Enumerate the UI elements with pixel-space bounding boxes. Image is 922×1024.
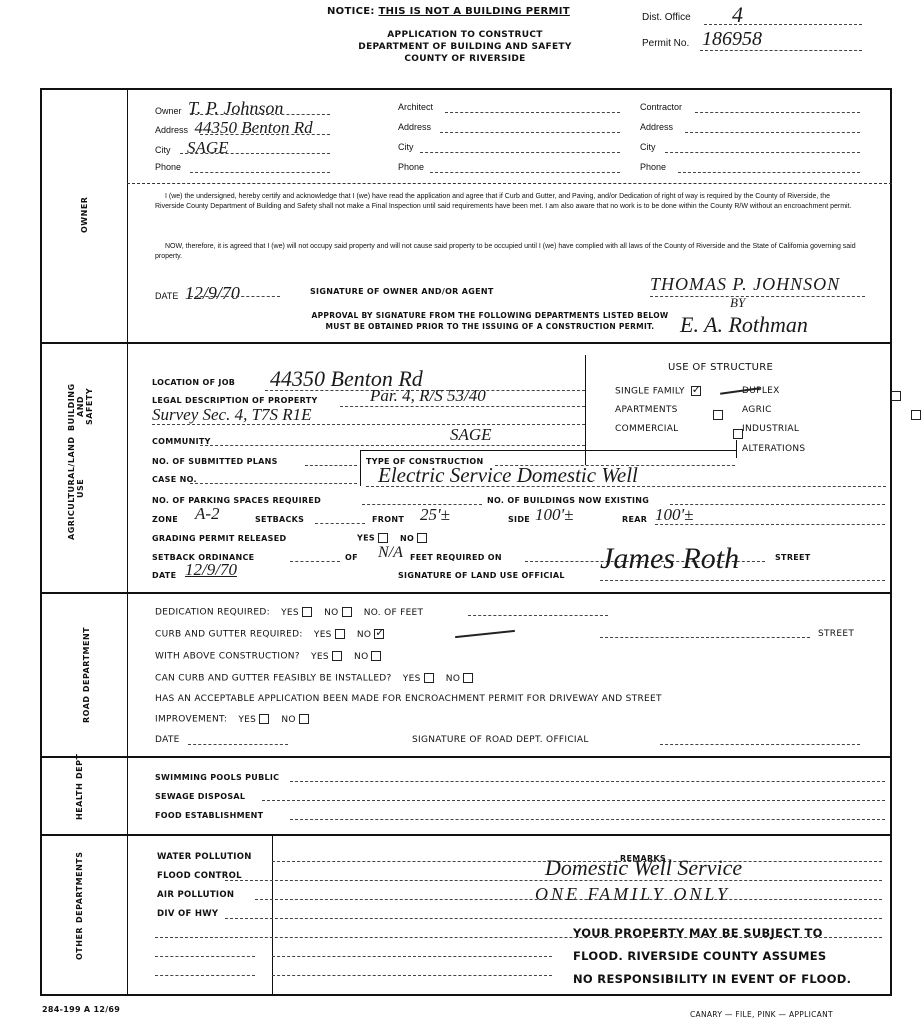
curb-yes-checkbox[interactable]	[335, 629, 345, 639]
architect-address-field: Address	[398, 122, 431, 132]
form-number: 284-199 A 12/69	[42, 1005, 120, 1014]
setbacks-label: SETBACKS	[255, 515, 304, 524]
zone-field: ZONE	[152, 515, 178, 524]
legal-description-value-2[interactable]: Survey Sec. 4, T7S R1E	[152, 405, 312, 425]
contractor-field: Contractor	[640, 102, 682, 112]
parking-spaces-field: NO. OF PARKING SPACES REQUIRED	[152, 496, 321, 505]
existing-buildings-field: NO. OF BUILDINGS NOW EXISTING	[487, 496, 649, 505]
land-use-date-field: DATE	[152, 571, 176, 580]
job-location-field: LOCATION OF JOB	[152, 378, 235, 387]
community-value[interactable]: SAGE	[450, 425, 492, 445]
grading-yes-no: YES NO	[357, 533, 430, 543]
notice-text: THIS IS NOT A BUILDING PERMIT	[378, 6, 569, 17]
use-option-apartments[interactable]: APARTMENTS	[615, 405, 678, 415]
agric-checkbox[interactable]	[911, 410, 921, 420]
owner-name-value[interactable]: T. P. Johnson	[188, 98, 283, 118]
owner-signature-field: SIGNATURE OF OWNER AND/OR AGENT	[310, 287, 494, 296]
single-family-checkbox[interactable]	[691, 386, 701, 396]
contractor-address-field: Address	[640, 122, 673, 132]
land-use-section-label: AGRICULTURAL/LAND USE BUILDING AND SAFET…	[67, 400, 94, 540]
legal-description-value-1[interactable]: Par. 4, R/S 53/40	[370, 386, 486, 406]
rear-setback-value[interactable]: 100'±	[655, 505, 693, 525]
architect-city-field: City	[398, 142, 414, 152]
encroachment-row: HAS AN ACCEPTABLE APPLICATION BEEN MADE …	[155, 694, 662, 704]
of-label: OF	[345, 553, 358, 562]
title-line-1: APPLICATION TO CONSTRUCT	[330, 29, 600, 41]
agent-by: BY	[730, 295, 745, 311]
dedication-yes-checkbox[interactable]	[302, 607, 312, 617]
with-construction-no-checkbox[interactable]	[371, 651, 381, 661]
improvement-row: IMPROVEMENT: YES NO	[155, 714, 312, 725]
use-option-industrial[interactable]: INDUSTRIAL	[742, 424, 799, 434]
form-title: APPLICATION TO CONSTRUCT DEPARTMENT OF B…	[330, 29, 600, 65]
grading-no-checkbox[interactable]	[417, 533, 427, 543]
owner-date-field: DATE 12/9/70	[155, 283, 240, 304]
rear-setback-field: REAR	[622, 515, 647, 524]
improvement-yes-checkbox[interactable]	[259, 714, 269, 724]
health-section-label: HEALTH DEPT	[75, 772, 84, 820]
copy-distribution: CANARY — FILE, PINK — APPLICANT	[690, 1010, 833, 1019]
dedication-no-checkbox[interactable]	[342, 607, 352, 617]
land-use-signature-field: SIGNATURE OF LAND USE OFFICIAL	[398, 571, 565, 580]
road-signature-field: SIGNATURE OF ROAD DEPT. OFFICIAL	[412, 735, 589, 745]
use-option-alterations[interactable]: ALTERATIONS	[742, 444, 805, 454]
feasible-row: CAN CURB AND GUTTER FEASIBLY BE INSTALLE…	[155, 673, 476, 684]
street-label: STREET	[775, 553, 811, 562]
other-item-div-of-hwy: DIV OF HWY	[157, 909, 218, 919]
certification-paragraph-1: I (we) the undersigned, hereby certify a…	[155, 192, 860, 212]
health-item-sewage-disposal: SEWAGE DISPOSAL	[155, 792, 245, 801]
health-item-food-establishment: FOOD ESTABLISHMENT	[155, 811, 263, 820]
apartments-checkbox[interactable]	[713, 410, 723, 420]
other-item-water-pollution: WATER POLLUTION	[157, 852, 252, 862]
flood-notice: YOUR PROPERTY MAY BE SUBJECT TO FLOOD. R…	[573, 922, 851, 991]
of-value[interactable]: N/A	[378, 544, 403, 562]
contractor-city-field: City	[640, 142, 656, 152]
with-construction-row: WITH ABOVE CONSTRUCTION? YES NO	[155, 651, 384, 662]
owner-phone-field: Phone	[155, 162, 181, 172]
owner-city-field: City SAGE	[155, 138, 229, 158]
submitted-plans-field: NO. OF SUBMITTED PLANS	[152, 457, 278, 466]
side-setback-field: SIDE	[508, 515, 530, 524]
dist-office-field: Dist. Office 4	[642, 12, 862, 23]
owner-section-label: OWNER	[80, 190, 89, 240]
approval-note: Approval by Signature from the Following…	[310, 310, 670, 332]
dedication-row: DEDICATION REQUIRED: YES NO NO. OF FEET	[155, 607, 423, 618]
land-use-date-value[interactable]: 12/9/70	[185, 560, 237, 580]
curb-gutter-row: CURB AND GUTTER REQUIRED: YES NO	[155, 629, 387, 640]
legal-description-field: LEGAL DESCRIPTION OF PROPERTY	[152, 396, 318, 405]
title-line-2: DEPARTMENT OF BUILDING AND SAFETY	[330, 41, 600, 53]
owner-city-value[interactable]: SAGE	[187, 138, 229, 157]
curb-no-checkbox[interactable]	[374, 629, 384, 639]
use-of-structure-title: USE OF STRUCTURE	[668, 362, 773, 373]
notice-prefix: NOTICE:	[327, 6, 375, 17]
owner-address-field: Address 44350 Benton Rd	[155, 118, 313, 138]
owner-date-value[interactable]: 12/9/70	[185, 283, 240, 303]
use-option-commercial[interactable]: COMMERCIAL	[615, 424, 679, 434]
grading-permit-field: GRADING PERMIT RELEASED	[152, 534, 286, 543]
title-line-3: COUNTY OF RIVERSIDE	[330, 53, 600, 65]
front-setback-value[interactable]: 25'±	[420, 505, 450, 525]
construction-type-value[interactable]: Electric Service Domestic Well	[378, 463, 638, 488]
feasible-no-checkbox[interactable]	[463, 673, 473, 683]
dist-office-label: Dist. Office	[642, 12, 691, 23]
other-item-air-pollution: AIR POLLUTION	[157, 890, 234, 900]
architect-phone-field: Phone	[398, 162, 424, 172]
certification-paragraph-2: NOW, therefore, it is agreed that I (we)…	[155, 242, 860, 262]
remarks-line-2[interactable]: ONE FAMILY ONLY	[535, 884, 730, 905]
permit-no-value[interactable]: 186958	[702, 28, 762, 51]
improvement-no-checkbox[interactable]	[299, 714, 309, 724]
front-setback-field: FRONT	[372, 515, 404, 524]
architect-field: Architect	[398, 102, 433, 112]
use-option-single-family[interactable]: SINGLE FAMILY	[615, 386, 704, 397]
permit-no-label: Permit No.	[642, 38, 689, 49]
land-use-signature-value[interactable]: James Roth	[600, 542, 739, 576]
notice-heading: NOTICE: THIS IS NOT A BUILDING PERMIT	[327, 6, 570, 17]
with-construction-yes-checkbox[interactable]	[332, 651, 342, 661]
health-item-swimming-pools: SWIMMING POOLS PUBLIC	[155, 773, 279, 782]
use-option-duplex[interactable]: DUPLEX	[742, 386, 780, 396]
other-departments-label: OTHER DEPARTMENTS	[75, 870, 84, 960]
contractor-phone-field: Phone	[640, 162, 666, 172]
road-date-field: DATE	[155, 735, 180, 745]
side-setback-value[interactable]: 100'±	[535, 505, 573, 525]
permit-no-field: Permit No. 186958	[642, 38, 862, 49]
agent-signature[interactable]: E. A. Rothman	[680, 312, 808, 338]
zone-value[interactable]: A-2	[195, 504, 220, 524]
owner-name-field: Owner T. P. Johnson	[155, 98, 283, 119]
use-option-agric[interactable]: AGRIC	[742, 405, 772, 415]
feet-required-field: FEET REQUIRED ON	[410, 553, 502, 562]
owner-signature-value[interactable]: THOMAS P. JOHNSON	[650, 274, 840, 295]
grading-yes-checkbox[interactable]	[378, 533, 388, 543]
curb-street-label: STREET	[818, 629, 854, 639]
feasible-yes-checkbox[interactable]	[424, 673, 434, 683]
remarks-line-1[interactable]: Domestic Well Service	[545, 855, 742, 881]
road-section-label: ROAD DEPARTMENT	[82, 615, 91, 735]
duplex-checkbox[interactable]	[891, 391, 901, 401]
